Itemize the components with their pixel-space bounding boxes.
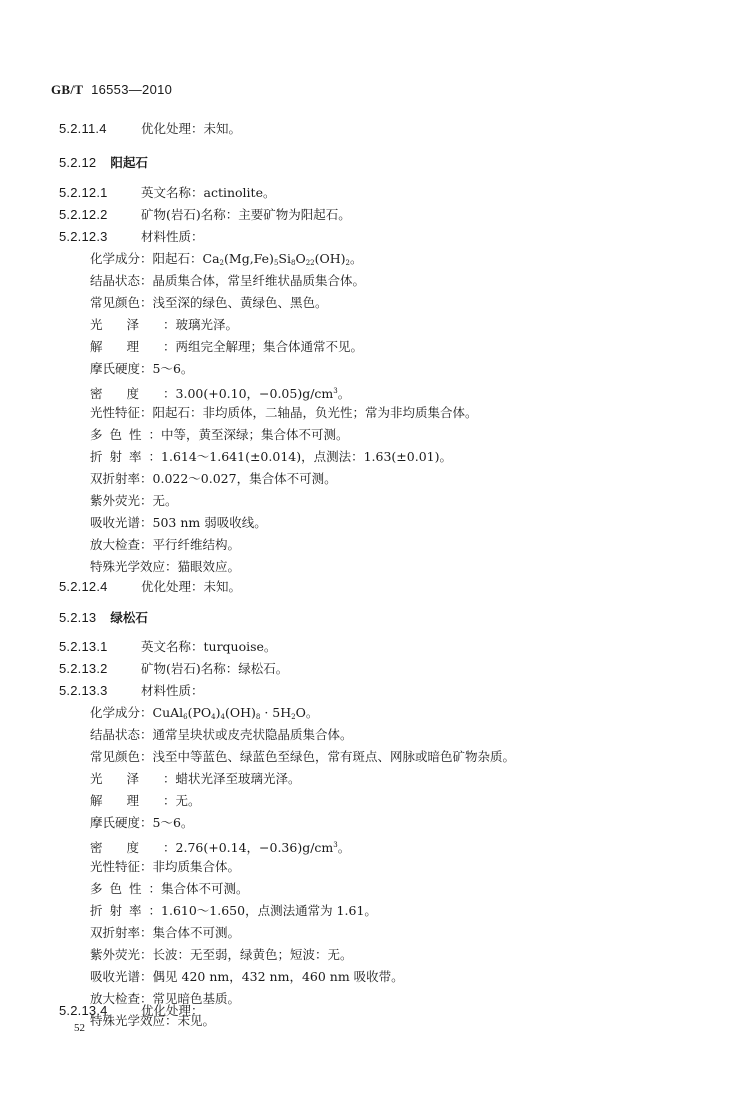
property-value: ：1.610～1.650，点测法通常为 1.61。 <box>149 903 377 918</box>
section-heading-actinolite: 5.2.12阳起石 <box>59 155 148 171</box>
formula-part: (OH) <box>225 705 256 720</box>
clause-text: 英文名称：turquoise。 <box>141 639 276 654</box>
clause-5-2-13-3: 5.2.13.3材料性质： <box>59 683 204 699</box>
clause-number: 5.2.13.2 <box>59 661 141 677</box>
property-key: 紫外荧光 <box>90 947 140 963</box>
property-end: 。 <box>338 840 351 855</box>
property-pleochroism: 多色性：集合体不可测。 <box>90 881 249 897</box>
formula-end: 。 <box>350 251 363 266</box>
property-uv-fluorescence: 紫外荧光：长波：无至弱，绿黄色；短波：无。 <box>90 947 353 963</box>
property-cleavage: 解理：无。 <box>90 793 201 809</box>
formula-part: (Mg,Fe) <box>224 251 274 266</box>
property-value: ：蜡状光泽至玻璃光泽。 <box>163 771 301 786</box>
property-key: 折射率 <box>90 449 149 465</box>
clause-text: 材料性质： <box>141 229 204 244</box>
property-uv-fluorescence: 紫外荧光：无。 <box>90 493 178 509</box>
property-key: 折射率 <box>90 903 149 919</box>
property-key: 结晶状态 <box>90 727 140 743</box>
property-value: ：0.022～0.027，集合体不可测。 <box>140 471 337 486</box>
property-value: ：浅至深的绿色、黄绿色、黑色。 <box>140 295 328 310</box>
property-special-optical-effect: 特殊光学效应：猫眼效应。 <box>90 559 240 575</box>
property-value: ：无。 <box>140 493 178 508</box>
property-crystal-state: 结晶状态：通常呈块状或皮壳状隐晶质集合体。 <box>90 727 353 743</box>
property-key: 特殊光学效应 <box>90 559 165 575</box>
section-heading-turquoise: 5.2.13绿松石 <box>59 610 148 626</box>
property-color: 常见颜色：浅至中等蓝色、绿蓝色至绿色，常有斑点、网脉或暗色矿物杂质。 <box>90 749 515 765</box>
standard-code-header: GB/T 16553—2010 <box>51 82 172 98</box>
section-title: 绿松石 <box>110 610 148 625</box>
property-key: 光性特征 <box>90 859 140 875</box>
property-key: 光性特征 <box>90 405 140 421</box>
property-optical-character: 光性特征：阳起石：非均质体，二轴晶，负光性；常为非均质集合体。 <box>90 405 478 421</box>
property-value: ：2.76(+0.14，−0.36)g/cm <box>163 840 333 855</box>
property-value: ：5～6。 <box>140 815 193 830</box>
property-value: ：1.614～1.641(±0.014)，点测法：1.63(±0.01)。 <box>149 449 452 464</box>
clause-text: 优化处理：未知。 <box>141 579 241 594</box>
property-value: ：两组完全解理；集合体通常不见。 <box>163 339 363 354</box>
clause-5-2-11-4: 5.2.11.4优化处理：未知。 <box>59 121 241 137</box>
clause-5-2-13-1: 5.2.13.1英文名称：turquoise。 <box>59 639 276 655</box>
property-key: 密度 <box>90 386 163 402</box>
clause-number: 5.2.12.4 <box>59 579 141 595</box>
clause-5-2-12-3: 5.2.12.3材料性质： <box>59 229 204 245</box>
property-value: ：无。 <box>163 793 201 808</box>
property-value: ：中等，黄至深绿；集合体不可测。 <box>149 427 349 442</box>
property-hardness: 摩氏硬度：5～6。 <box>90 361 193 377</box>
clause-5-2-13-4: 5.2.13.4优化处理： <box>59 1003 204 1019</box>
property-absorption-spectrum: 吸收光谱：偶见 420 nm，432 nm，460 nm 吸收带。 <box>90 969 404 985</box>
property-key: 吸收光谱 <box>90 969 140 985</box>
property-key: 多色性 <box>90 427 149 443</box>
property-value: ：浅至中等蓝色、绿蓝色至绿色，常有斑点、网脉或暗色矿物杂质。 <box>140 749 515 764</box>
formula-part: (OH) <box>315 251 346 266</box>
clause-number: 5.2.12.1 <box>59 185 141 201</box>
subscript: 22 <box>306 259 315 267</box>
section-number: 5.2.12 <box>59 155 96 171</box>
property-key: 解理 <box>90 793 163 809</box>
standard-prefix: GB/T <box>51 82 83 97</box>
property-absorption-spectrum: 吸收光谱：503 nm 弱吸收线。 <box>90 515 267 531</box>
clause-text: 矿物(岩石)名称：绿松石。 <box>141 661 288 676</box>
clause-number: 5.2.13.3 <box>59 683 141 699</box>
page-number: 52 <box>74 1022 85 1034</box>
clause-number: 5.2.13.1 <box>59 639 141 655</box>
property-luster: 光泽：蜡状光泽至玻璃光泽。 <box>90 771 301 787</box>
property-chemical-composition: 化学成分：阳起石：Ca2(Mg,Fe)5Si8O22(OH)2。 <box>90 251 363 271</box>
section-number: 5.2.13 <box>59 610 96 626</box>
property-end: 。 <box>338 386 351 401</box>
property-key: 摩氏硬度 <box>90 361 140 377</box>
property-key: 放大检查 <box>90 537 140 553</box>
clause-5-2-12-2: 5.2.12.2矿物(岩石)名称：主要矿物为阳起石。 <box>59 207 351 223</box>
property-optical-character: 光性特征：非均质集合体。 <box>90 859 240 875</box>
property-key: 紫外荧光 <box>90 493 140 509</box>
property-value: ：晶质集合体，常呈纤维状晶质集合体。 <box>140 273 365 288</box>
property-value: ：猫眼效应。 <box>165 559 240 574</box>
property-value: ：阳起石：非均质体，二轴晶，负光性；常为非均质集合体。 <box>140 405 478 420</box>
clause-number: 5.2.12.2 <box>59 207 141 223</box>
property-key: 光泽 <box>90 771 163 787</box>
clause-5-2-13-2: 5.2.13.2矿物(岩石)名称：绿松石。 <box>59 661 288 677</box>
property-key: 摩氏硬度 <box>90 815 140 831</box>
property-luster: 光泽：玻璃光泽。 <box>90 317 238 333</box>
formula-part: O <box>295 251 305 266</box>
property-density: 密度：3.00(+0.10，−0.05)g/cm3。 <box>90 383 350 402</box>
clause-text: 优化处理：未知。 <box>141 121 241 136</box>
property-key: 化学成分 <box>90 251 140 267</box>
property-value: ：集合体不可测。 <box>149 881 249 896</box>
property-value: ：阳起石：Ca <box>140 251 220 266</box>
clause-number: 5.2.11.4 <box>59 121 141 137</box>
formula-part: Si <box>278 251 291 266</box>
property-value: ：平行纤维结构。 <box>140 537 240 552</box>
property-value: ：玻璃光泽。 <box>163 317 238 332</box>
clause-text: 优化处理： <box>141 1003 204 1018</box>
standard-number: 16553—2010 <box>91 82 172 97</box>
formula-part: · 5H <box>260 705 291 720</box>
property-birefringence: 双折射率：集合体不可测。 <box>90 925 240 941</box>
property-value: ：偶见 420 nm，432 nm，460 nm 吸收带。 <box>140 969 404 984</box>
property-crystal-state: 结晶状态：晶质集合体，常呈纤维状晶质集合体。 <box>90 273 365 289</box>
clause-text: 英文名称：actinolite。 <box>141 185 275 200</box>
property-value: ：集合体不可测。 <box>140 925 240 940</box>
property-key: 双折射率 <box>90 925 140 941</box>
property-key: 双折射率 <box>90 471 140 487</box>
property-value: ：503 nm 弱吸收线。 <box>140 515 267 530</box>
property-key: 常见颜色 <box>90 749 140 765</box>
property-key: 化学成分 <box>90 705 140 721</box>
property-color: 常见颜色：浅至深的绿色、黄绿色、黑色。 <box>90 295 328 311</box>
property-birefringence: 双折射率：0.022～0.027，集合体不可测。 <box>90 471 337 487</box>
property-key: 密度 <box>90 840 163 856</box>
clause-number: 5.2.13.4 <box>59 1003 141 1019</box>
property-refractive-index: 折射率：1.610～1.650，点测法通常为 1.61。 <box>90 903 377 919</box>
property-chemical-composition: 化学成分：CuAl6(PO4)4(OH)8 · 5H2O。 <box>90 705 318 725</box>
formula-end: O。 <box>296 705 319 720</box>
property-key: 吸收光谱 <box>90 515 140 531</box>
property-key: 多色性 <box>90 881 149 897</box>
property-hardness: 摩氏硬度：5～6。 <box>90 815 193 831</box>
clause-number: 5.2.12.3 <box>59 229 141 245</box>
property-value: ：5～6。 <box>140 361 193 376</box>
property-value: ：长波：无至弱，绿黄色；短波：无。 <box>140 947 353 962</box>
section-title: 阳起石 <box>110 155 148 170</box>
property-cleavage: 解理：两组完全解理；集合体通常不见。 <box>90 339 363 355</box>
clause-text: 矿物(岩石)名称：主要矿物为阳起石。 <box>141 207 351 222</box>
property-pleochroism: 多色性：中等，黄至深绿；集合体不可测。 <box>90 427 349 443</box>
clause-text: 材料性质： <box>141 683 204 698</box>
property-value: ：非均质集合体。 <box>140 859 240 874</box>
property-density: 密度：2.76(+0.14，−0.36)g/cm3。 <box>90 837 350 856</box>
property-value: ：CuAl <box>140 705 183 720</box>
property-value: ：通常呈块状或皮壳状隐晶质集合体。 <box>140 727 353 742</box>
property-magnification: 放大检查：平行纤维结构。 <box>90 537 240 553</box>
clause-5-2-12-1: 5.2.12.1英文名称：actinolite。 <box>59 185 275 201</box>
property-key: 结晶状态 <box>90 273 140 289</box>
property-value: ：3.00(+0.10，−0.05)g/cm <box>163 386 333 401</box>
property-key: 常见颜色 <box>90 295 140 311</box>
formula-part: (PO <box>188 705 212 720</box>
property-refractive-index: 折射率：1.614～1.641(±0.014)，点测法：1.63(±0.01)。 <box>90 449 452 465</box>
property-key: 解理 <box>90 339 163 355</box>
clause-5-2-12-4: 5.2.12.4优化处理：未知。 <box>59 579 241 595</box>
property-key: 光泽 <box>90 317 163 333</box>
